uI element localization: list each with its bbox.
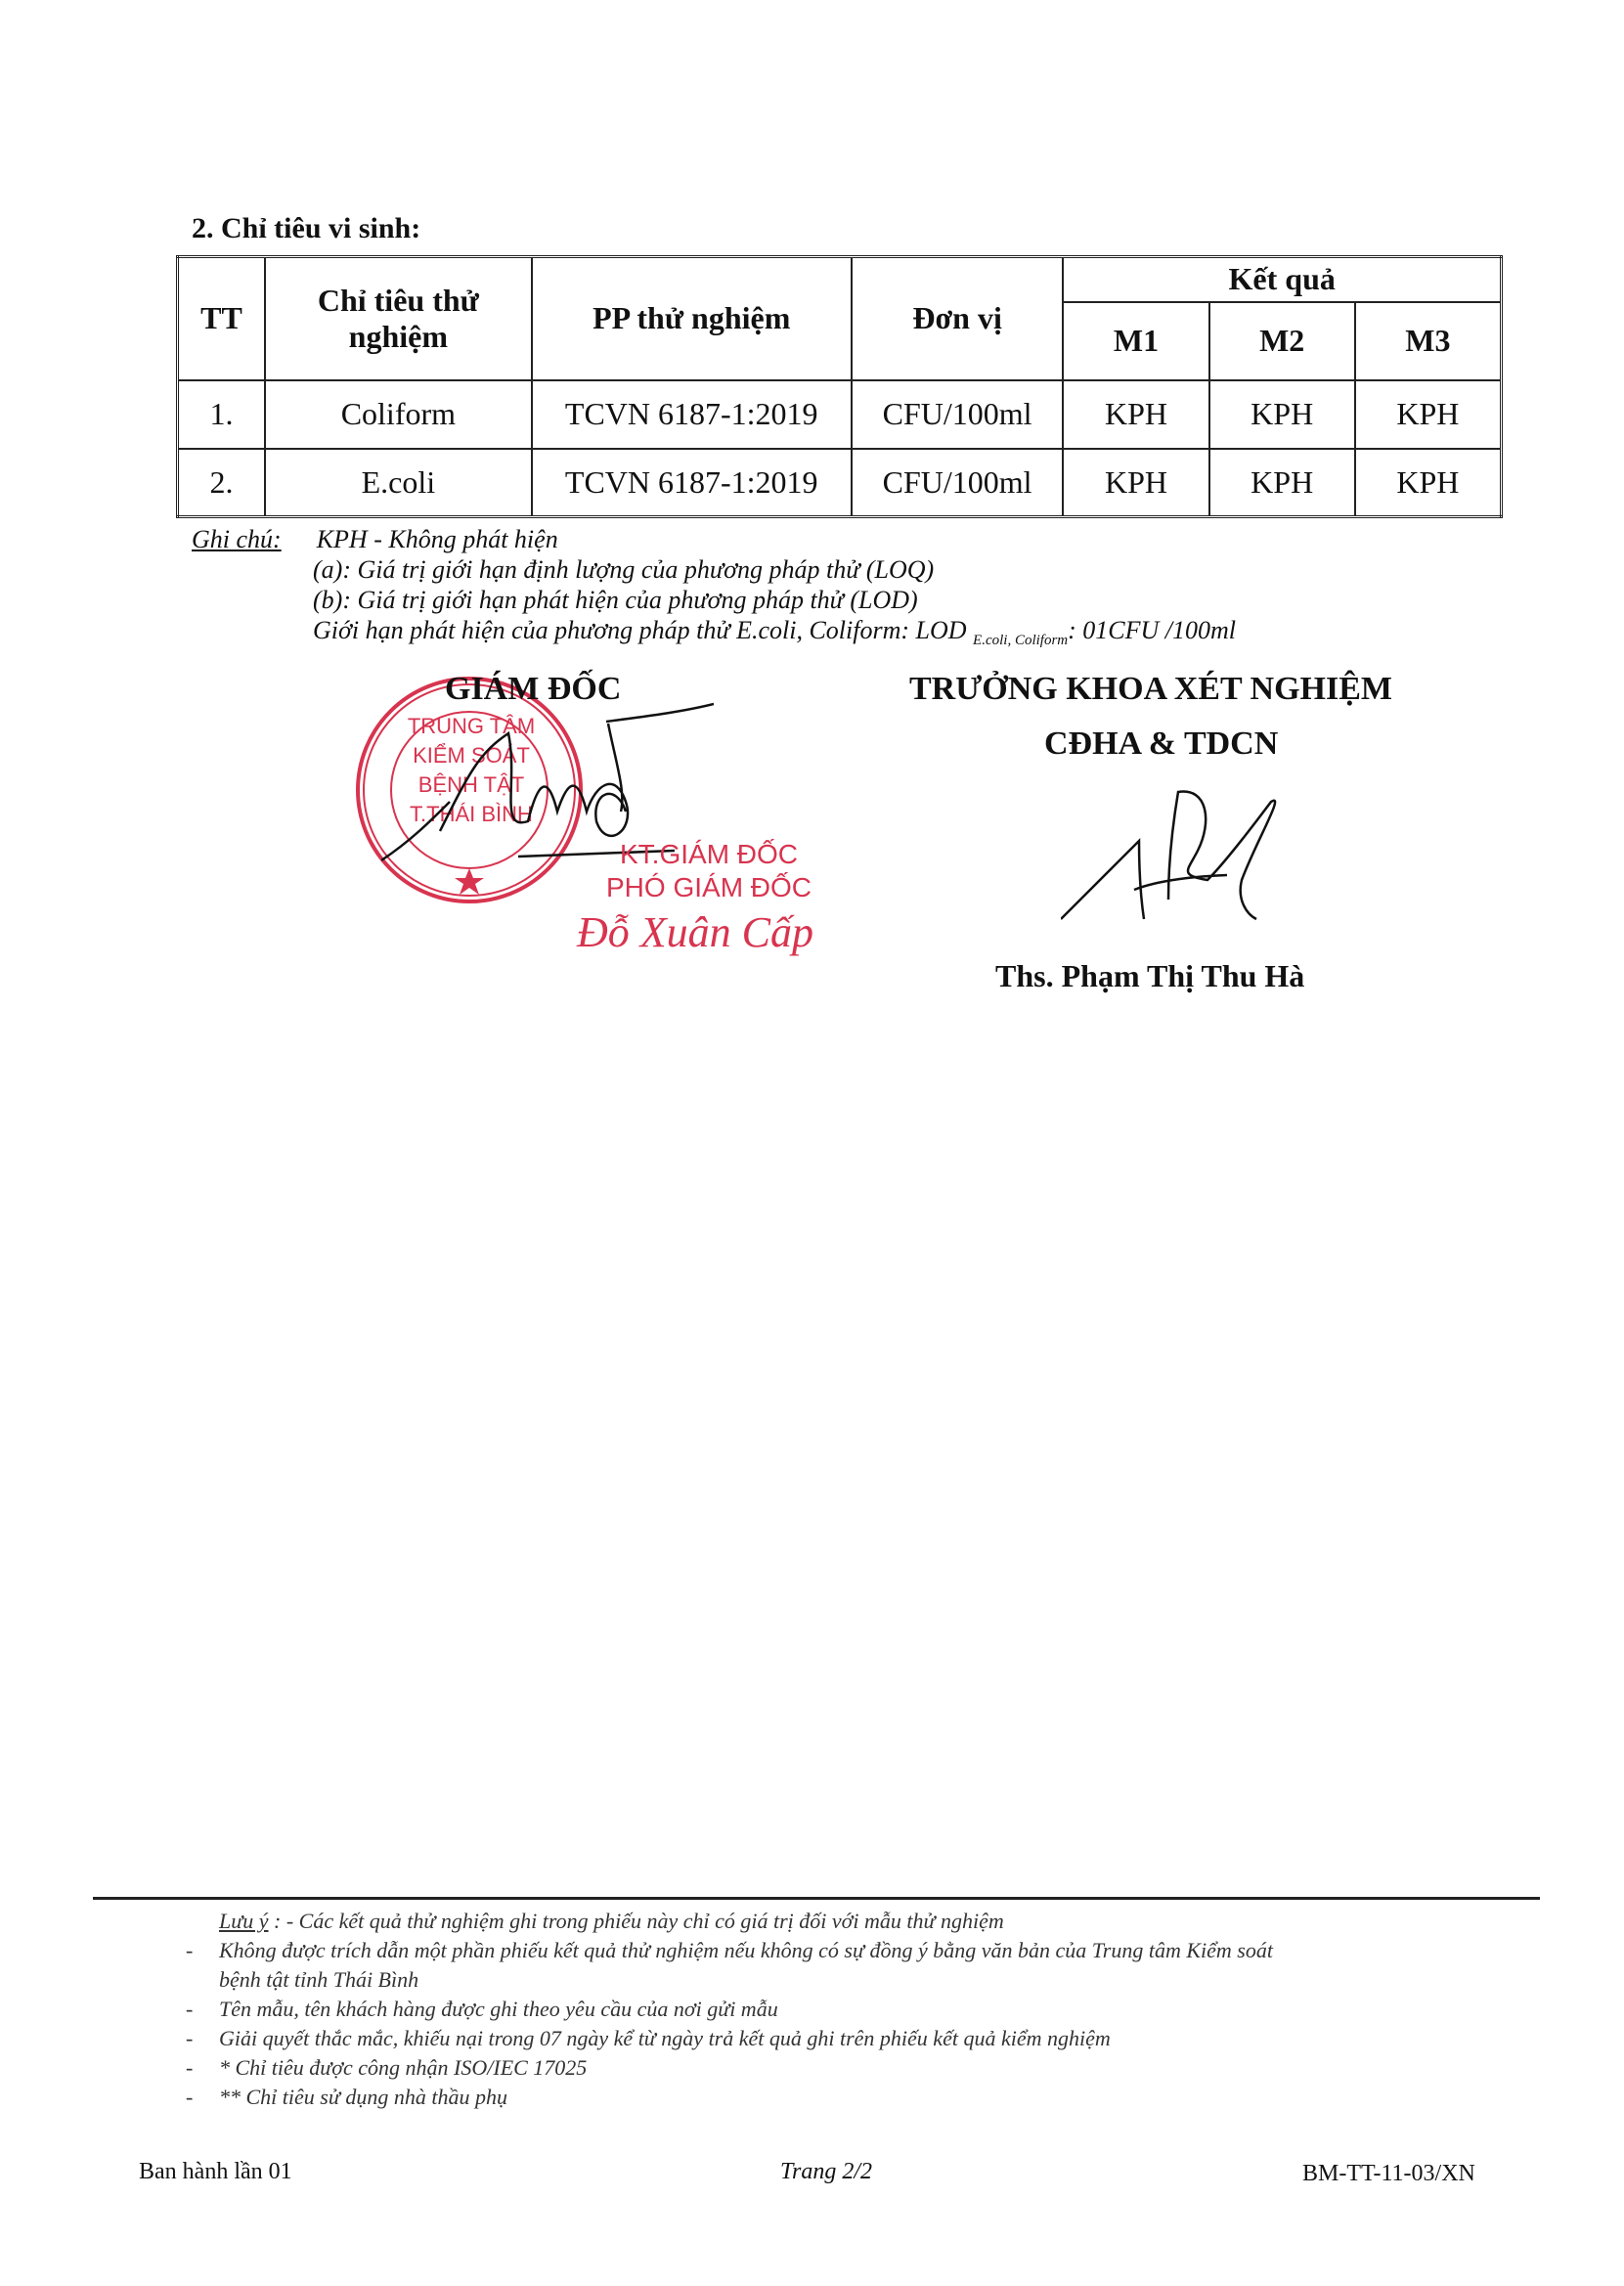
- header-tt: TT: [178, 257, 266, 380]
- header-sample-m1: M1: [1063, 302, 1208, 380]
- table-row: 2. E.coli TCVN 6187-1:2019 CFU/100ml KPH…: [178, 449, 1502, 517]
- note-loq: (a): Giá trị giới hạn định lượng của phư…: [313, 554, 1236, 585]
- note-lod-limit: Giới hạn phát hiện của phương pháp thử E…: [313, 615, 1236, 656]
- header-method: PP thử nghiệm: [532, 257, 852, 380]
- cell-result-m3: KPH: [1355, 449, 1502, 517]
- cell-result-m2: KPH: [1209, 380, 1355, 449]
- cell-method: TCVN 6187-1:2019: [532, 380, 852, 449]
- footer-issue: Ban hành lần 01: [139, 2159, 292, 2185]
- header-sample-m2: M2: [1209, 302, 1355, 380]
- cell-tt: 1.: [178, 380, 266, 449]
- cell-test-name: Coliform: [265, 380, 532, 449]
- cell-result-m3: KPH: [1355, 380, 1502, 449]
- cell-test-name: E.coli: [265, 449, 532, 517]
- notes-block: Ghi chú:KPH - Không phát hiện (a): Giá t…: [192, 524, 1236, 656]
- stamp-signer-name: Đỗ Xuân Cấp: [577, 907, 813, 957]
- footnotes-block: Lưu ý : - Các kết quả thử nghiệm ghi tro…: [176, 1907, 1273, 2112]
- note-kph: KPH - Không phát hiện: [317, 525, 558, 553]
- cell-tt: 2.: [178, 449, 266, 517]
- lab-head-department: CĐHA & TDCN: [1044, 725, 1278, 763]
- notes-label: Ghi chú:: [192, 525, 282, 553]
- footnote-item: ** Chỉ tiêu sử dụng nhà thầu phụ: [176, 2083, 1273, 2112]
- stamp-deputy-text: KT.GIÁM ĐỐC PHÓ GIÁM ĐỐC: [606, 838, 812, 904]
- lab-head-signature-icon: [1061, 782, 1286, 929]
- header-sample-m3: M3: [1355, 302, 1502, 380]
- header-test-name: Chỉ tiêu thử nghiệm: [265, 257, 532, 380]
- cell-result-m1: KPH: [1063, 449, 1208, 517]
- footer-divider: [93, 1897, 1540, 1900]
- footer-form-code: BM-TT-11-03/XN: [1302, 2161, 1475, 2187]
- footnote-item: Lưu ý : - Các kết quả thử nghiệm ghi tro…: [176, 1907, 1273, 1936]
- footnote-item: Không được trích dẫn một phần phiếu kết …: [176, 1936, 1273, 1965]
- header-results: Kết quả: [1063, 257, 1501, 302]
- footer-page-number: Trang 2/2: [780, 2159, 872, 2185]
- footnote-item: bệnh tật tỉnh Thái Bình: [176, 1965, 1273, 1995]
- section-title: 2. Chỉ tiêu vi sinh:: [192, 212, 420, 245]
- cell-unit: CFU/100ml: [852, 380, 1064, 449]
- microbiology-results-table: TT Chỉ tiêu thử nghiệm PP thử nghiệm Đơn…: [176, 255, 1503, 518]
- footnote-item: Tên mẫu, tên khách hàng được ghi theo yê…: [176, 1995, 1273, 2024]
- footnote-item: Giải quyết thắc mắc, khiếu nại trong 07 …: [176, 2024, 1273, 2053]
- cell-result-m2: KPH: [1209, 449, 1355, 517]
- cell-method: TCVN 6187-1:2019: [532, 449, 852, 517]
- footnote-item: * Chỉ tiêu được công nhận ISO/IEC 17025: [176, 2053, 1273, 2083]
- lab-head-name: Ths. Phạm Thị Thu Hà: [995, 958, 1304, 994]
- lab-head-title: TRƯỞNG KHOA XÉT NGHIỆM: [909, 671, 1392, 708]
- cell-unit: CFU/100ml: [852, 449, 1064, 517]
- cell-result-m1: KPH: [1063, 380, 1208, 449]
- table-row: 1. Coliform TCVN 6187-1:2019 CFU/100ml K…: [178, 380, 1502, 449]
- header-unit: Đơn vị: [852, 257, 1064, 380]
- note-lod: (b): Giá trị giới hạn phát hiện của phươ…: [313, 585, 1236, 615]
